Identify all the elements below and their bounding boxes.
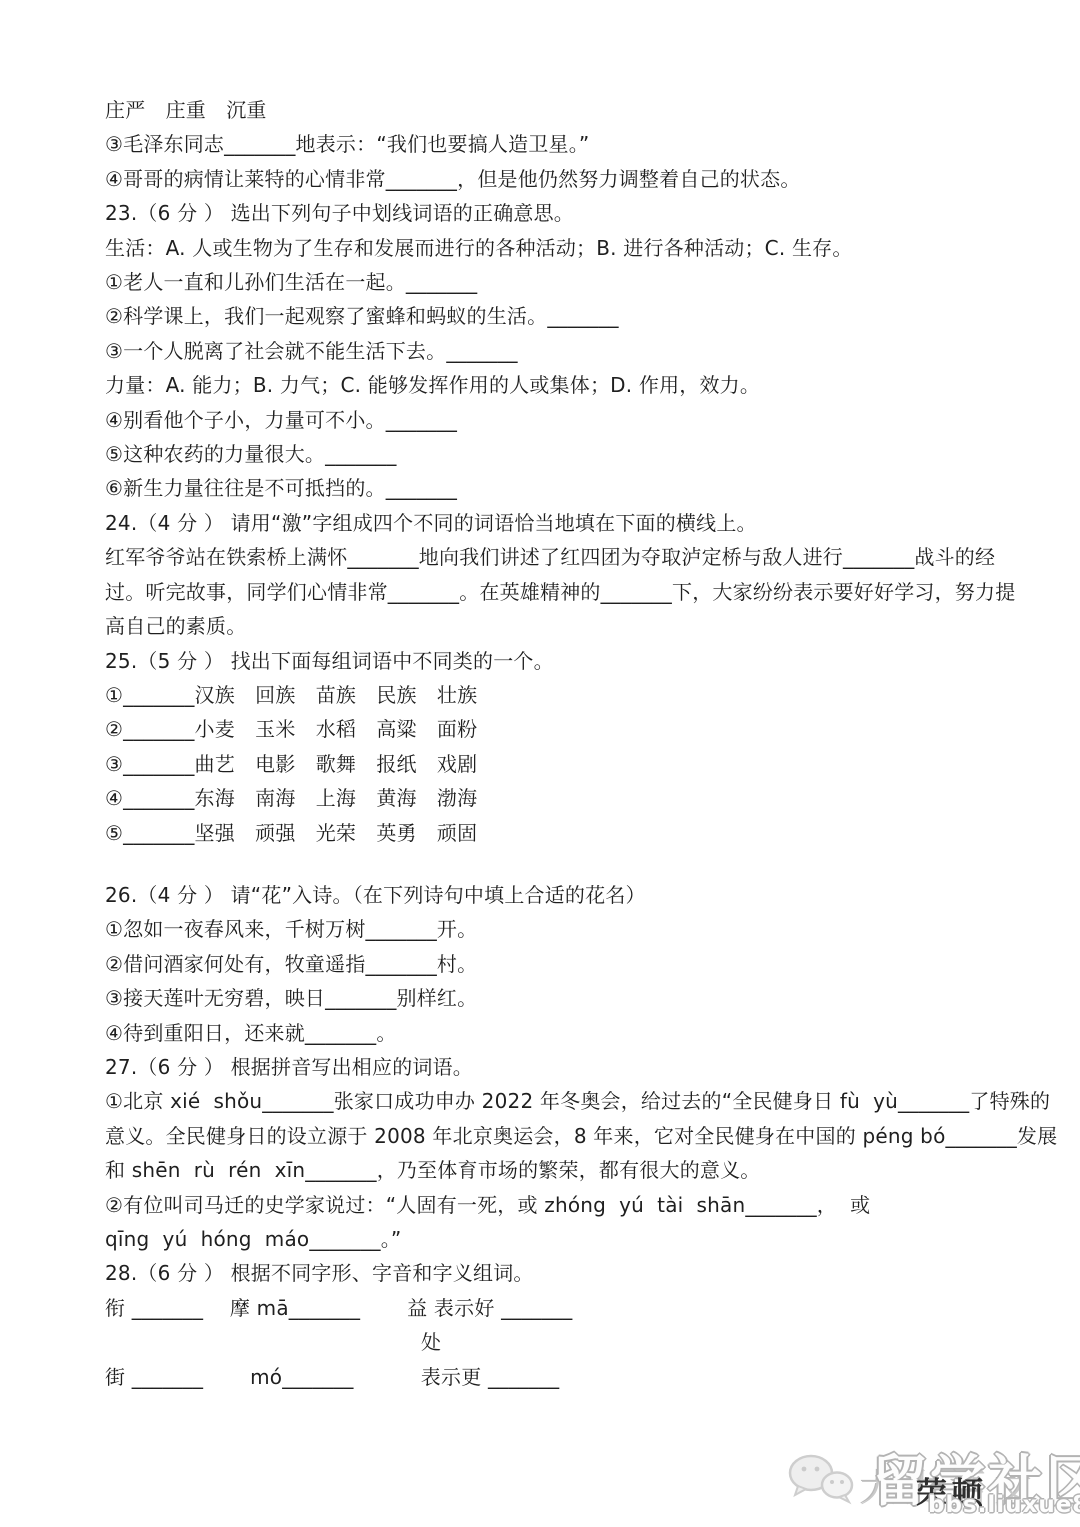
watermark-forum-name: 留学社区 bbox=[872, 1437, 1080, 1516]
q28-title: 28.（6 分 ） 根据不同字形、字音和字义组词。 bbox=[105, 1256, 1065, 1290]
q24-title: 24.（4 分 ） 请用“激”字组成四个不同的词语恰当地填在下面的横线上。 bbox=[105, 506, 1065, 540]
q27-item-2-line-2: qīng yú hóng máo_______。” bbox=[105, 1222, 1065, 1256]
exam-document-page: 庄严 庄重 沉重 ③毛泽东同志_______地表示：“我们也要搞人造卫星。” ④… bbox=[0, 0, 1080, 1527]
watermark-brand-text: 大力语文 bbox=[860, 1458, 1040, 1512]
word-bank-options: 庄严 庄重 沉重 bbox=[105, 93, 1065, 127]
q26-item-4: ④待到重阳日，还来就_______。 bbox=[105, 1016, 1065, 1050]
q26-item-3: ③接天莲叶无穷碧，映日_______别样红。 bbox=[105, 981, 1065, 1015]
q26-item-1: ①忽如一夜春风来，千树万树_______开。 bbox=[105, 912, 1065, 946]
q25-item-3: ③_______曲艺 电影 歌舞 报纸 戏剧 bbox=[105, 747, 1065, 781]
q23-item-2: ②科学课上，我们一起观察了蜜蜂和蚂蚁的生活。_______ bbox=[105, 299, 1065, 333]
watermark-site-url: bbs.liuxue86.com bbox=[928, 1492, 1080, 1518]
q28-row-1: 衔 _______ 摩 mā_______ 益 表示好 _______ bbox=[105, 1291, 1065, 1325]
q24-passage-line-2: 过。听完故事，同学们心情非常_______。在英雄精神的_______下，大家纷… bbox=[105, 575, 1065, 609]
q25-item-2: ②_______小麦 玉米 水稻 高粱 面粉 bbox=[105, 712, 1065, 746]
q28-row-2: 街 _______ mó_______ 表示更 _______ bbox=[105, 1360, 1065, 1394]
q24-passage-line-3: 高自己的素质。 bbox=[105, 609, 1065, 643]
q27-passage-line-1: ①北京 xié shǒu_______张家口成功申办 2022 年冬奥会，给过去… bbox=[105, 1084, 1065, 1118]
q23-item-3: ③一个人脱离了社会就不能生活下去。_______ bbox=[105, 334, 1065, 368]
q24-passage-line-1: 红军爷爷站在铁索桥上满怀_______地向我们讲述了红四团为夺取泸定桥与敌人进行… bbox=[105, 540, 1065, 574]
q27-passage-line-2: 意义。全民健身日的设立源于 2008 年北京奥运会，8 年来，它对全民健身在中国… bbox=[105, 1119, 1065, 1153]
q23-item-4: ④别看他个子小，力量可不小。_______ bbox=[105, 403, 1065, 437]
q23-item-1: ①老人一直和儿孙们生活在一起。_______ bbox=[105, 265, 1065, 299]
q23-item-6: ⑥新生力量往往是不可抵挡的。_______ bbox=[105, 471, 1065, 505]
q23-item-5: ⑤这种农药的力量很大。_______ bbox=[105, 437, 1065, 471]
q27-title: 27.（6 分 ） 根据拼音写出相应的词语。 bbox=[105, 1050, 1065, 1084]
wechat-icon bbox=[786, 1452, 856, 1506]
q23-liliang-options: 力量：A. 能力；B. 力气；C. 能够发挥作用的人或集体；D. 作用，效力。 bbox=[105, 368, 1065, 402]
q28-row-1-wrap-chu: 处 bbox=[105, 1325, 1065, 1359]
q25-item-1: ①_______汉族 回族 苗族 民族 壮族 bbox=[105, 678, 1065, 712]
q25-item-4: ④_______东海 南海 上海 黄海 渤海 bbox=[105, 781, 1065, 815]
watermark-stamp-text: 荣顿 bbox=[916, 1468, 988, 1513]
q25-title: 25.（5 分 ） 找出下面每组词语中不同类的一个。 bbox=[105, 644, 1065, 678]
q27-passage-line-3: 和 shēn rù rén xīn_______，乃至体育市场的繁荣，都有很大的… bbox=[105, 1153, 1065, 1187]
fill-item-4: ④哥哥的病情让莱特的心情非常_______，但是他仍然努力调整着自己的状态。 bbox=[105, 162, 1065, 196]
q23-shenghuo-options: 生活：A. 人或生物为了生存和发展而进行的各种活动；B. 进行各种活动；C. 生… bbox=[105, 231, 1065, 265]
q26-title: 26.（4 分 ） 请“花”入诗。（在下列诗句中填上合适的花名） bbox=[105, 878, 1065, 912]
q25-item-5: ⑤_______坚强 顽强 光荣 英勇 顽固 bbox=[105, 816, 1065, 850]
q23-title: 23.（6 分 ） 选出下列句子中划线词语的正确意思。 bbox=[105, 196, 1065, 230]
q27-item-2-line-1: ②有位叫司马迁的史学家说过：“人固有一死，或 zhóng yú tài shān… bbox=[105, 1188, 1065, 1222]
q26-item-2: ②借问酒家何处有，牧童遥指_______村。 bbox=[105, 947, 1065, 981]
fill-item-3: ③毛泽东同志_______地表示：“我们也要搞人造卫星。” bbox=[105, 127, 1065, 161]
exam-text-content: 庄严 庄重 沉重 ③毛泽东同志_______地表示：“我们也要搞人造卫星。” ④… bbox=[105, 93, 1065, 1394]
